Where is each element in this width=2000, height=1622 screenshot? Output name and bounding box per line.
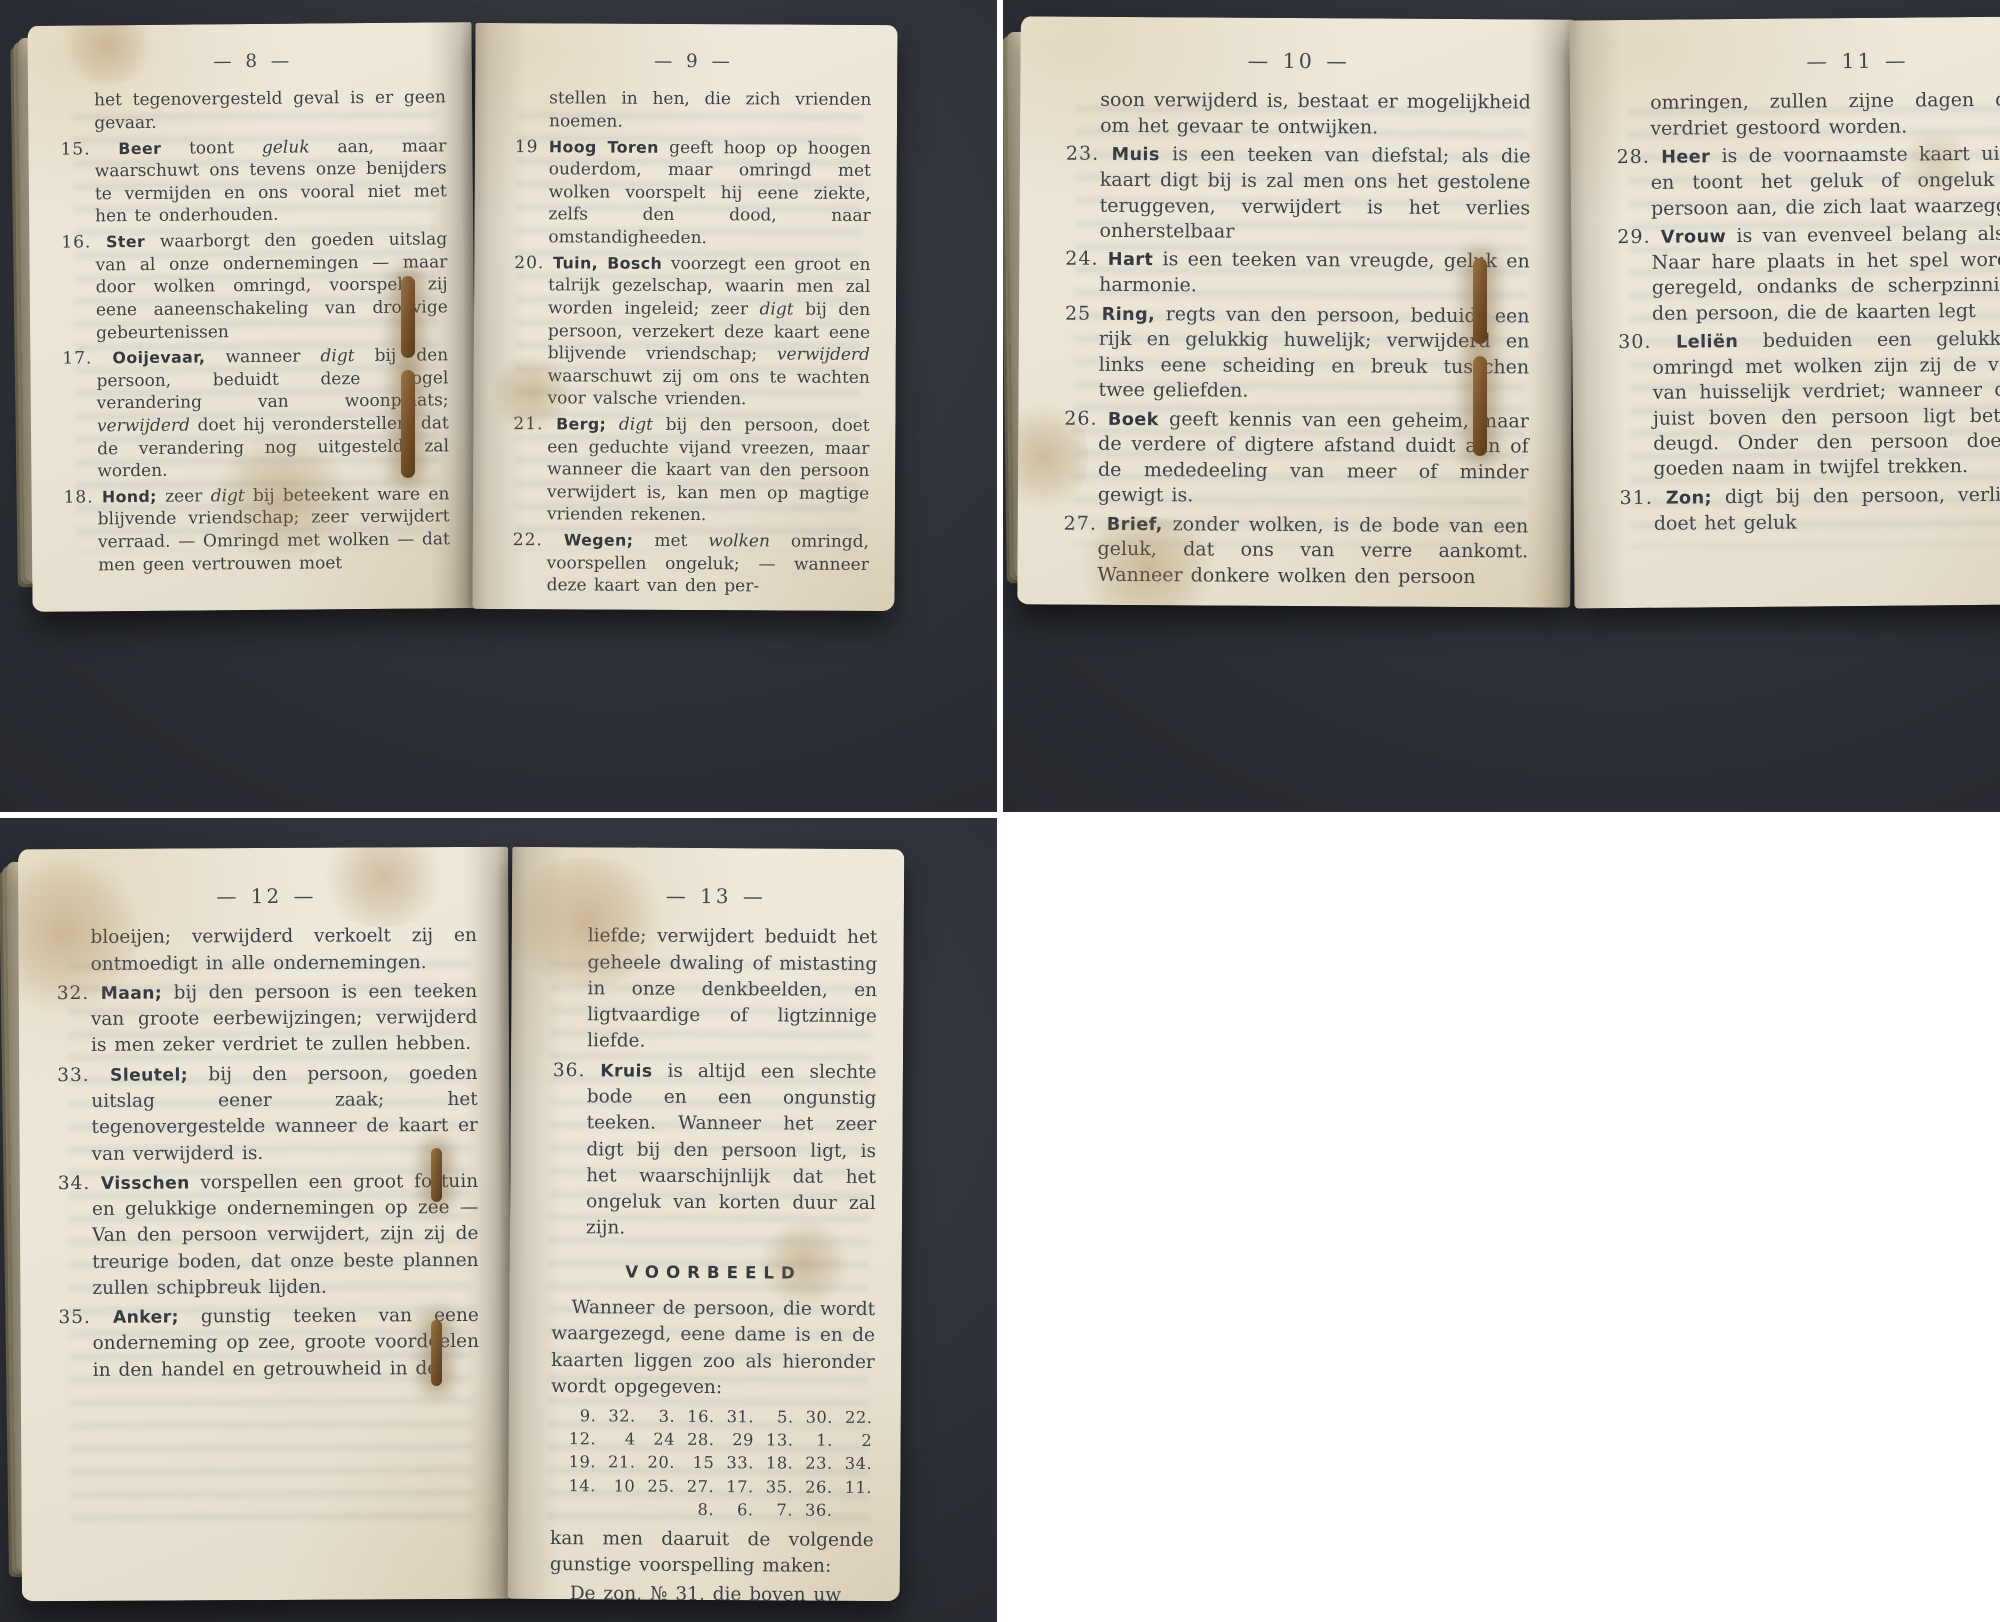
entry-number: 22. bbox=[513, 530, 543, 550]
card-entry: 16. Ster waarborgt den goeden uitslag va… bbox=[61, 228, 448, 344]
table-cell: 28. bbox=[675, 1428, 715, 1451]
table-cell: 3. bbox=[636, 1405, 676, 1428]
paragraph: stellen in hen, die zich vrienden noemen… bbox=[549, 88, 871, 135]
book-page-11: — 11 — omringen, zullen zijne dagen door… bbox=[1569, 16, 2000, 609]
entry-number: 26. bbox=[1064, 407, 1097, 429]
paragraph: De zon, № 31, die boven uw bbox=[550, 1581, 874, 1601]
entry-number: 35. bbox=[58, 1307, 91, 1328]
entry-number: 20. bbox=[514, 253, 544, 273]
table-cell: 13. bbox=[754, 1429, 794, 1452]
table-cell: 12. bbox=[557, 1427, 597, 1450]
page-content: stellen in hen, die zich vrienden noemen… bbox=[512, 88, 871, 599]
binding-stitch bbox=[1473, 258, 1487, 344]
table-cell bbox=[596, 1497, 636, 1520]
card-name: Ooijevaar, bbox=[112, 348, 205, 368]
card-entry: 30. Leliën beduiden een gelukkig leven; … bbox=[1618, 326, 2000, 483]
page-number: — 9 — bbox=[515, 49, 871, 75]
paragraph: soon verwijderd is, bestaat er mogelijkh… bbox=[1100, 88, 1531, 142]
card-entry: 20. Tuin, Bosch voorzegt een groot en ta… bbox=[513, 252, 870, 412]
table-row: 14.1025.27.17.35.26.11. bbox=[557, 1474, 873, 1499]
entry-text: voorzegt een groot en talrijk gezelschap… bbox=[547, 254, 870, 410]
table-cell bbox=[833, 1498, 873, 1521]
binding-stitch bbox=[1473, 356, 1487, 456]
card-name: Hoog Toren bbox=[549, 137, 659, 157]
card-name: Maan; bbox=[101, 983, 163, 1003]
card-entry: 34. Visschen vorspellen een groot fortui… bbox=[58, 1169, 479, 1303]
entry-number: 28. bbox=[1616, 146, 1649, 168]
card-entry: 35. Anker; gunstig teeken van eene onder… bbox=[58, 1303, 479, 1384]
page-content: bloeijen; verwijderd verkoelt zij en ont… bbox=[56, 923, 479, 1384]
card-entry: 31. Zon; digt bij den persoon, verlicht … bbox=[1619, 482, 2000, 537]
entry-number: 34. bbox=[58, 1173, 91, 1194]
table-cell: 31. bbox=[715, 1405, 755, 1428]
card-name: Ring, bbox=[1102, 304, 1156, 324]
entry-text: zonder wolken, is de bode van een geluk,… bbox=[1097, 513, 1528, 588]
card-entry: 27. Brief, zonder wolken, is de bode van… bbox=[1063, 511, 1528, 590]
entry-number: 25 bbox=[1065, 302, 1091, 324]
entry-number: 33. bbox=[57, 1065, 90, 1086]
page-content: het tegenovergesteld geval is er geen ge… bbox=[60, 87, 450, 577]
book-page-12: — 12 — bloeijen; verwijderd verkoelt zij… bbox=[18, 847, 512, 1602]
table-cell: 21. bbox=[596, 1451, 636, 1474]
table-cell: 19. bbox=[557, 1451, 597, 1474]
entry-text: waarborgt den goeden uitslag van al onze… bbox=[95, 229, 447, 343]
card-position-table: 9.32.3.16.31.5.30.22.12.42428.2913.1.219… bbox=[557, 1404, 873, 1521]
card-name: Boek bbox=[1108, 409, 1159, 429]
entry-number: 19 bbox=[515, 137, 539, 157]
card-entry: 24. Hart is een teeken van vreugde, gelu… bbox=[1065, 247, 1530, 301]
card-entry: 26. Boek geeft kennis van een geheim, ma… bbox=[1064, 406, 1529, 511]
table-cell: 23. bbox=[794, 1452, 834, 1475]
card-name: Hart bbox=[1108, 250, 1154, 270]
table-cell: 33. bbox=[715, 1452, 755, 1475]
table-cell: 34. bbox=[833, 1452, 873, 1475]
card-name: Wegen; bbox=[564, 530, 634, 549]
table-cell: 7. bbox=[754, 1498, 794, 1521]
table-cell: 15 bbox=[675, 1451, 715, 1474]
card-name: Berg; bbox=[556, 414, 606, 433]
card-name: Visschen bbox=[101, 1173, 190, 1193]
card-entry: 33. Sleutel; bij den persoon, goeden uit… bbox=[57, 1061, 478, 1168]
book-spread: — 12 — bloeijen; verwijderd verkoelt zij… bbox=[20, 848, 764, 1600]
entry-number: 29. bbox=[1617, 226, 1650, 248]
entry-text: is een teeken van diefstal; als die kaar… bbox=[1099, 144, 1530, 243]
photo-spread-8-9: — 8 — het tegenovergesteld geval is er g… bbox=[0, 0, 997, 812]
entry-number: 31. bbox=[1619, 487, 1652, 509]
photo-spread-10-11: — 10 — soon verwijderd is, bestaat er mo… bbox=[1003, 0, 2000, 812]
page-content: soon verwijderd is, bestaat er mogelijkh… bbox=[1063, 88, 1531, 591]
example-heading: VOORBEELD bbox=[552, 1260, 876, 1286]
card-entry: 18. Hond; zeer digt bij beteekent ware e… bbox=[63, 483, 450, 577]
card-entry: 36. Kruis is altijd een slechte bode en … bbox=[552, 1058, 877, 1244]
card-name: Leliën bbox=[1675, 332, 1737, 353]
table-cell: 14. bbox=[557, 1474, 597, 1497]
card-name: Muis bbox=[1111, 145, 1159, 165]
entry-number: 15. bbox=[60, 139, 90, 159]
binding-stitch bbox=[401, 276, 415, 358]
table-row: 12.42428.2913.1.2 bbox=[557, 1427, 873, 1452]
entry-number: 27. bbox=[1064, 512, 1097, 534]
table-cell: 22. bbox=[833, 1406, 873, 1429]
table-cell: 11. bbox=[833, 1475, 873, 1498]
table-row: 9.32.3.16.31.5.30.22. bbox=[557, 1404, 873, 1429]
entry-number: 24. bbox=[1065, 248, 1098, 270]
binding-stitch bbox=[431, 1320, 442, 1386]
table-row: 19.21.20.1533.18.23.34. bbox=[557, 1451, 873, 1476]
entry-number: 21. bbox=[513, 414, 543, 434]
card-entry: 29. Vrouw is van evenveel belang als de … bbox=[1617, 221, 2000, 327]
card-name: Hond; bbox=[102, 487, 157, 506]
table-cell: 36. bbox=[793, 1498, 833, 1521]
binding-stitch bbox=[401, 370, 415, 478]
paragraph: omringen, zullen zijne dagen door veel v… bbox=[1650, 87, 2000, 142]
table-cell: 25. bbox=[636, 1474, 676, 1497]
paragraph: liefde; verwijdert beduidt het geheele d… bbox=[587, 924, 877, 1057]
page-number: — 8 — bbox=[60, 48, 446, 76]
card-name: Tuin, Bosch bbox=[553, 253, 662, 273]
card-entry: 25 Ring, regts van den persoon, beduidt … bbox=[1064, 301, 1529, 406]
page-number: — 13 — bbox=[554, 881, 878, 911]
page-number: — 11 — bbox=[1615, 46, 2000, 78]
card-entry: 23. Muis is een teeken van diefstal; als… bbox=[1065, 142, 1530, 247]
paragraph: bloeijen; verwijderd verkoelt zij en ont… bbox=[90, 923, 477, 978]
table-cell: 8. bbox=[675, 1498, 715, 1521]
table-cell bbox=[557, 1497, 597, 1520]
entry-text: regts van den persoon, beduidt een rijk … bbox=[1098, 303, 1529, 402]
table-cell: 20. bbox=[636, 1451, 676, 1474]
table-cell: 27. bbox=[675, 1474, 715, 1497]
paragraph: kan men daaruit de volgende gunstige voo… bbox=[550, 1526, 874, 1581]
card-entry: 21. Berg; digt bij den persoon, doet een… bbox=[513, 413, 870, 528]
table-cell: 17. bbox=[714, 1475, 754, 1498]
card-name: Brief, bbox=[1107, 514, 1163, 534]
card-entry: 17. Ooijevaar, wanneer digt bij den pers… bbox=[62, 344, 449, 483]
table-row: 8.6.7.36. bbox=[557, 1497, 873, 1522]
table-cell: 18. bbox=[754, 1452, 794, 1475]
table-cell: 35. bbox=[754, 1475, 794, 1498]
table-cell: 4 bbox=[596, 1428, 636, 1451]
card-entry: 28. Heer is de voornaamste kaart uit het… bbox=[1616, 141, 2000, 222]
entry-number: 23. bbox=[1066, 143, 1099, 165]
table-cell: 6. bbox=[714, 1498, 754, 1521]
page-number: — 12 — bbox=[56, 881, 477, 912]
paragraph: het tegenovergesteld geval is er geen ge… bbox=[94, 87, 446, 135]
binding-stitch bbox=[431, 1148, 442, 1202]
entry-text: geeft kennis van een geheim, maar de ver… bbox=[1098, 408, 1529, 507]
book-spread: — 10 — soon verwijderd is, bestaat er mo… bbox=[1019, 18, 1967, 606]
card-name: Sleutel; bbox=[110, 1065, 188, 1085]
paragraph: Wanneer de persoon, die wordt waargezegd… bbox=[551, 1295, 875, 1402]
page-content: omringen, zullen zijne dagen door veel v… bbox=[1616, 87, 2000, 537]
entry-number: 30. bbox=[1618, 331, 1651, 353]
card-name: Ster bbox=[106, 232, 145, 251]
card-name: Zon; bbox=[1665, 488, 1711, 508]
table-cell: 10 bbox=[596, 1474, 636, 1497]
page-number: — 10 — bbox=[1066, 47, 1531, 77]
table-cell: 30. bbox=[794, 1406, 834, 1429]
table-cell: 9. bbox=[557, 1404, 597, 1427]
table-cell: 26. bbox=[793, 1475, 833, 1498]
photo-spread-12-13: — 12 — bloeijen; verwijderd verkoelt zij… bbox=[0, 818, 997, 1622]
book-page-10: — 10 — soon verwijderd is, bestaat er mo… bbox=[1017, 16, 1573, 607]
card-entry: 15. Beer toont geluk aan, maar waarschuw… bbox=[60, 135, 447, 229]
card-entry: 22. Wegen; met wolken omringd, voorspell… bbox=[512, 529, 869, 599]
entry-number: 36. bbox=[553, 1060, 586, 1081]
entry-number: 18. bbox=[63, 487, 93, 507]
card-name: Beer bbox=[118, 138, 161, 157]
card-name: Heer bbox=[1661, 148, 1710, 168]
table-cell: 29 bbox=[715, 1428, 755, 1451]
card-entry: 32. Maan; bij den persoon is een teeken … bbox=[57, 979, 478, 1060]
entry-text: is een teeken van vreugde, geluk en harm… bbox=[1099, 249, 1530, 297]
card-name: Kruis bbox=[601, 1061, 653, 1081]
entry-number: 17. bbox=[62, 349, 92, 369]
card-name: Vrouw bbox=[1660, 227, 1726, 248]
table-cell: 2 bbox=[833, 1429, 873, 1452]
card-entry: 19 Hoog Toren geeft hoop op hoogen ouder… bbox=[514, 136, 871, 251]
table-cell: 16. bbox=[675, 1405, 715, 1428]
entry-number: 16. bbox=[61, 232, 91, 252]
card-name: Anker; bbox=[113, 1308, 179, 1328]
table-cell: 1. bbox=[794, 1429, 834, 1452]
book-page-13: — 13 — liefde; verwijdert beduidt het ge… bbox=[508, 847, 904, 1601]
table-cell bbox=[635, 1497, 675, 1520]
page-content: liefde; verwijdert beduidt het geheele d… bbox=[550, 923, 878, 1601]
table-cell: 24 bbox=[636, 1428, 676, 1451]
entry-number: 32. bbox=[57, 983, 90, 1004]
book-page-9: — 9 — stellen in hen, die zich vrienden … bbox=[472, 23, 897, 611]
book-spread: — 8 — het tegenovergesteld geval is er g… bbox=[30, 24, 772, 610]
table-cell: 5. bbox=[754, 1406, 794, 1429]
table-cell: 32. bbox=[597, 1405, 637, 1428]
entry-text: is altijd een slechte bode en een onguns… bbox=[586, 1060, 877, 1238]
